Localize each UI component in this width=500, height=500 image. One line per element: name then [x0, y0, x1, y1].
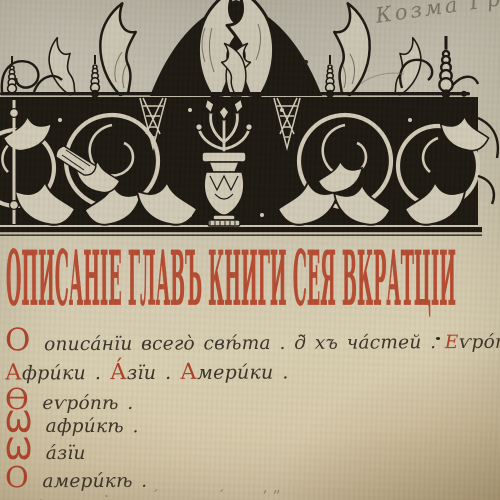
right-edge-scrolls [478, 118, 498, 204]
ink-speck [436, 337, 440, 340]
panel-bottom-rule [0, 227, 482, 232]
body-text: зїи . [127, 362, 180, 384]
vyaz-title-band: ОПИСАНІЕ ГЛАВЪ КНИГИ СЕЯ ВКРАТЦІИ [2, 246, 498, 324]
body-text: мери́ки . [197, 362, 289, 384]
text-line-contents-heading: О описа́нїи всего̀ свѣ́та . д̃ хъ ча́сте… [5, 320, 500, 359]
vyaz-title: ОПИСАНІЕ ГЛАВЪ КНИГИ СЕЯ ВКРАТЦІИ [6, 246, 456, 323]
rubric-text: О [5, 460, 29, 494]
rubric-text: О [5, 322, 31, 358]
body-text: ѵро́пы , [459, 332, 500, 353]
rubric-text: А [180, 360, 197, 385]
faint-next-line: ‚ ˏ · ˊ ´ ʼ ” [38, 487, 281, 500]
panel-bottom-rule-thin [0, 235, 482, 236]
ink-speck [304, 60, 308, 64]
manuscript-photo: Козма Гре ОПИСАНІЕ ГЛАВЪ КНИГИ СЕЯ ВКРАТ… [0, 0, 500, 500]
body-text: описа́нїи всего̀ свѣ́та . д̃ хъ ча́стей … [35, 332, 445, 355]
rubric-text: Е [445, 332, 459, 353]
headpiece-engraving [0, 0, 500, 241]
